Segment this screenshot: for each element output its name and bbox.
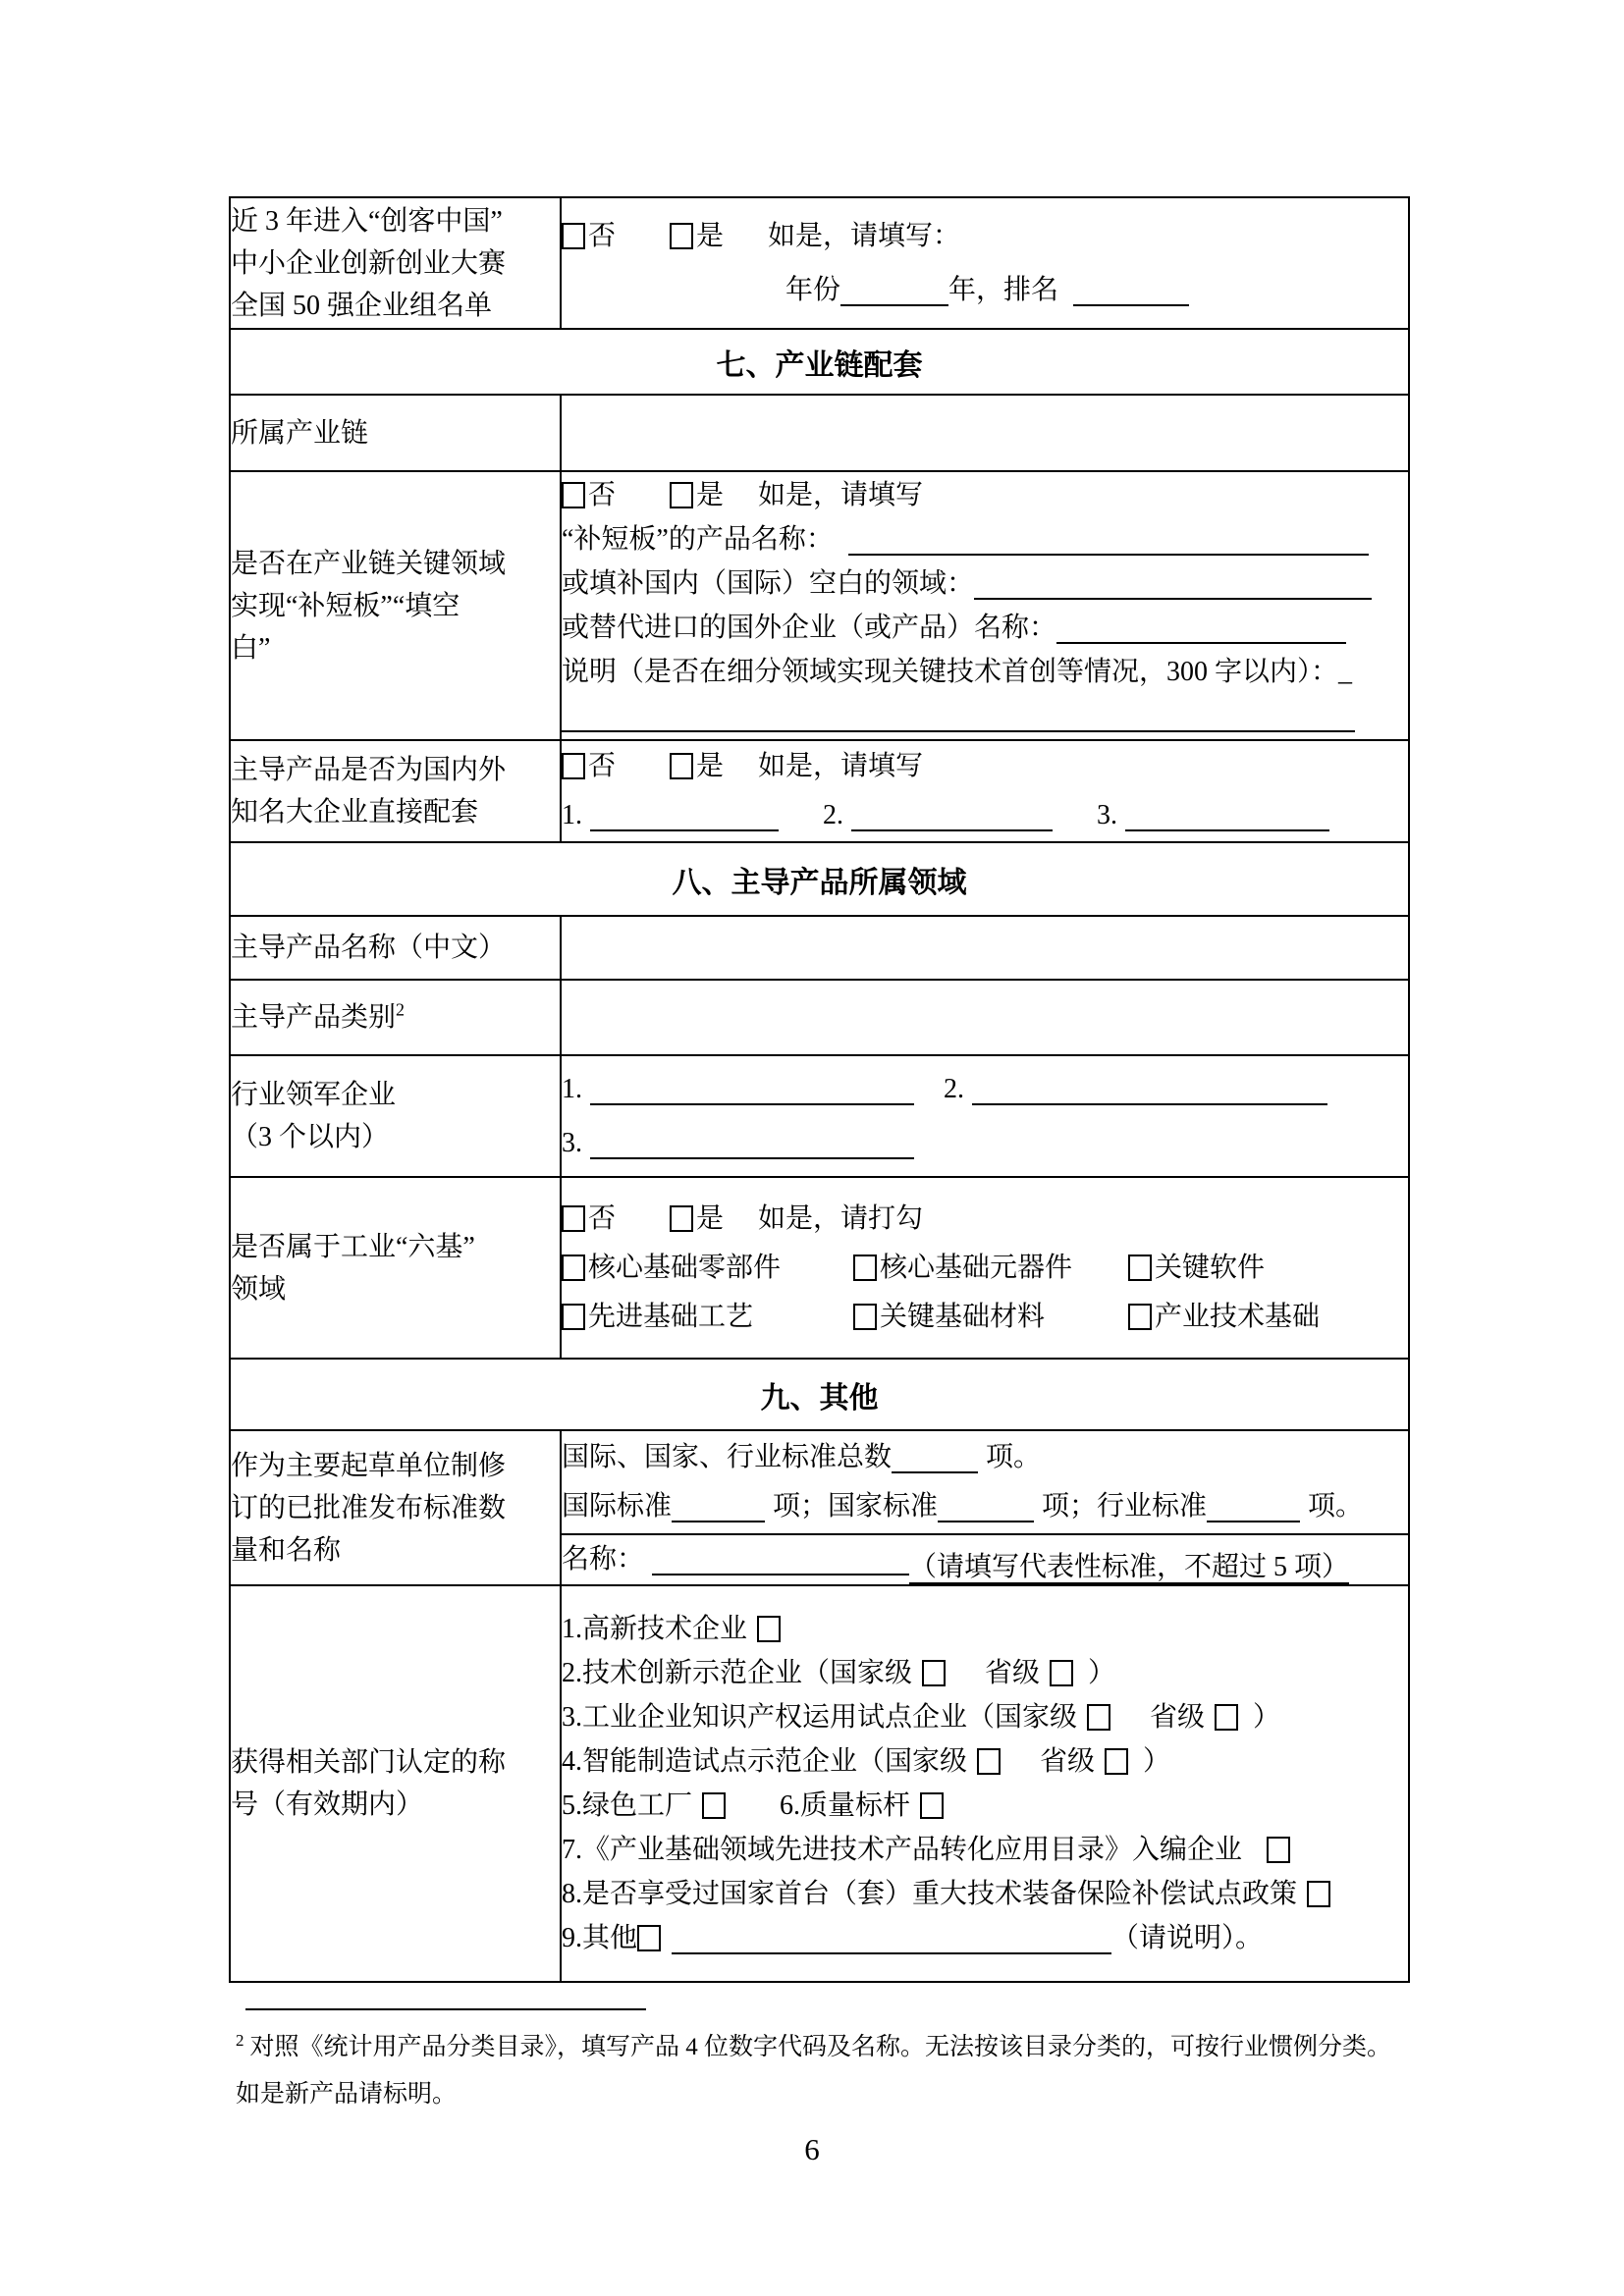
province-label: 省级 xyxy=(1150,1702,1205,1733)
leader-blank-3[interactable] xyxy=(590,1128,914,1159)
explain-label: 说明（是否在细分领域实现关键技术首创等情况，300 字以内）：_ xyxy=(562,657,1352,687)
yes-label: 是 xyxy=(696,221,724,251)
maker-rank-blank[interactable] xyxy=(1073,275,1189,306)
footnote: 2对照《统计用产品分类目录》，填写产品 4 位数字代码及名称。无法按该目录分类的… xyxy=(236,2024,1414,2118)
row-direct-support: 主导产品是否为国内外 知名大企业直接配套 否是如是，请填写 1.2.3. xyxy=(230,740,1409,842)
six-base-value-cell: 否是如是，请打勾 核心基础零部件核心基础元器件关键软件 先进基础工艺关键基础材料… xyxy=(561,1177,1409,1359)
standards-name-blank[interactable] xyxy=(652,1544,909,1575)
row-standards-counts: 作为主要起草单位制修 订的已批准发布标准数 量和名称 国际、国家、行业标准总数项… xyxy=(230,1430,1409,1534)
quality-benchmark-checkbox[interactable] xyxy=(920,1792,944,1819)
label-line: 主导产品是否为国内外 xyxy=(231,749,560,791)
fill-domestic-blank[interactable] xyxy=(974,568,1372,600)
yes-label: 是 xyxy=(696,480,724,510)
label-line: 知名大企业直接配套 xyxy=(231,791,560,833)
six-base-label: 是否属于工业“六基” 领域 xyxy=(230,1177,561,1359)
natl-standard-blank[interactable] xyxy=(938,1491,1034,1522)
title-item-label: 7.《产业基础领域先进技术产品转化应用目录》入编企业 xyxy=(562,1835,1242,1865)
label-line: 号（有效期内） xyxy=(231,1784,560,1826)
sixbase-item-checkbox[interactable] xyxy=(853,1304,877,1330)
explain-blank[interactable] xyxy=(562,701,1355,732)
support-yes-checkbox[interactable] xyxy=(670,753,693,779)
label-line: （3 个以内） xyxy=(231,1116,560,1158)
honorary-titles-label: 获得相关部门认定的称 号（有效期内） xyxy=(230,1585,561,1982)
hightech-checkbox[interactable] xyxy=(757,1616,781,1642)
sixbase-item-checkbox[interactable] xyxy=(853,1255,877,1281)
row-industry-leaders: 行业领军企业 （3 个以内） 1.2. 3. xyxy=(230,1055,1409,1177)
shortboard-product-label: “补短板”的产品名称： xyxy=(562,524,834,555)
section-8-header-row: 八、主导产品所属领域 xyxy=(230,842,1409,916)
section-9-header-row: 九、其他 xyxy=(230,1359,1409,1430)
unit-label: 项。 xyxy=(1308,1491,1363,1522)
no-label: 否 xyxy=(588,221,616,251)
province-label: 省级 xyxy=(985,1658,1040,1688)
replace-import-blank[interactable] xyxy=(1056,613,1346,644)
unit-label: 项。 xyxy=(986,1442,1041,1472)
sixbase-item-checkbox[interactable] xyxy=(562,1304,585,1330)
label-line: 近 3 年进入“创客中国” xyxy=(231,200,560,242)
standards-name-note: （请填写代表性标准，不超过 5 项） xyxy=(909,1553,1349,1584)
product-category-input-cell[interactable] xyxy=(561,980,1409,1055)
sixbase-yes-checkbox[interactable] xyxy=(670,1205,693,1232)
standards-total-blank[interactable] xyxy=(892,1442,978,1473)
tech-demo-national-checkbox[interactable] xyxy=(922,1660,946,1686)
label-line: 订的已批准发布标准数 xyxy=(231,1487,560,1529)
row-honorary-titles: 获得相关部门认定的称 号（有效期内） 1.高新技术企业 2.技术创新示范企业（国… xyxy=(230,1585,1409,1982)
row-product-category: 主导产品类别2 xyxy=(230,980,1409,1055)
title-item-label: 2.技术创新示范企业（国家级 xyxy=(562,1658,912,1688)
standards-name-label: 名称： xyxy=(562,1544,644,1575)
footnote-ref-2: 2 xyxy=(396,1000,405,1020)
leader-blank-1[interactable] xyxy=(590,1074,914,1105)
direct-support-value-cell: 否是如是，请填写 1.2.3. xyxy=(561,740,1409,842)
year-label: 年份 xyxy=(785,275,840,305)
tick-prompt: 如是，请打勾 xyxy=(758,1203,923,1234)
intl-standard-label: 国际标准 xyxy=(562,1491,672,1522)
sixbase-item-checkbox[interactable] xyxy=(1128,1304,1152,1330)
section-8-title: 八、主导产品所属领域 xyxy=(230,842,1409,916)
leader-blank-2[interactable] xyxy=(972,1074,1327,1105)
footnote-text: 对照《统计用产品分类目录》，填写产品 4 位数字代码及名称。无法按该目录分类的，… xyxy=(236,2034,1391,2108)
title-item-label: 1.高新技术企业 xyxy=(562,1614,747,1644)
industry-leaders-label: 行业领军企业 （3 个以内） xyxy=(230,1055,561,1177)
row-industry-chain: 所属产业链 xyxy=(230,395,1409,471)
item-number: 1. xyxy=(562,1074,582,1104)
maker-yes-checkbox[interactable] xyxy=(670,223,693,249)
paren-close: ） xyxy=(1088,1658,1115,1688)
item-number: 3. xyxy=(1097,800,1117,830)
industry-leaders-value-cell: 1.2. 3. xyxy=(561,1055,1409,1177)
label-line: 量和名称 xyxy=(231,1529,560,1572)
ip-pilot-national-checkbox[interactable] xyxy=(1087,1704,1110,1731)
other-title-checkbox[interactable] xyxy=(637,1925,661,1951)
smart-mfg-provincial-checkbox[interactable] xyxy=(1105,1748,1128,1775)
title-item-label: 9.其他 xyxy=(562,1923,637,1953)
paren-close: ） xyxy=(1143,1746,1170,1777)
no-label: 否 xyxy=(588,480,616,510)
title-item-label: 6.质量标杆 xyxy=(780,1790,910,1821)
sixbase-no-checkbox[interactable] xyxy=(562,1205,585,1232)
row-maker-china: 近 3 年进入“创客中国” 中小企业创新创业大赛 全国 50 强企业组名单 否是… xyxy=(230,197,1409,329)
sixbase-item-label: 核心基础元器件 xyxy=(880,1253,1072,1283)
sixbase-item-checkbox[interactable] xyxy=(1128,1255,1152,1281)
fill-prompt: 如是，请填写 xyxy=(758,480,923,510)
title-item-label: 3.工业企业知识产权运用试点企业（国家级 xyxy=(562,1702,1077,1733)
sixbase-item-label: 关键软件 xyxy=(1155,1253,1265,1283)
label-line: 中小企业创新创业大赛 xyxy=(231,242,560,285)
fill-prompt: 如是，请填写 xyxy=(758,751,923,781)
support-blank-2[interactable] xyxy=(851,800,1053,831)
yes-label: 是 xyxy=(696,1203,724,1234)
standards-label: 作为主要起草单位制修 订的已批准发布标准数 量和名称 xyxy=(230,1430,561,1585)
industry-chain-label: 所属产业链 xyxy=(230,395,561,471)
sixbase-item-label: 关键基础材料 xyxy=(880,1302,1045,1332)
standards-total-label: 国际、国家、行业标准总数 xyxy=(562,1442,892,1472)
title-item-label: 5.绿色工厂 xyxy=(562,1790,692,1821)
no-label: 否 xyxy=(588,1203,616,1234)
support-blank-3[interactable] xyxy=(1125,800,1329,831)
footnote-marker: 2 xyxy=(236,2031,244,2050)
support-blank-1[interactable] xyxy=(590,800,779,831)
fill-prompt: 如是，请填写： xyxy=(768,221,960,251)
title-item-label: 4.智能制造试点示范企业（国家级 xyxy=(562,1746,967,1777)
maker-china-label: 近 3 年进入“创客中国” 中小企业创新创业大赛 全国 50 强企业组名单 xyxy=(230,197,561,329)
maker-china-value-cell: 否是如是，请填写： 年份年，排名 xyxy=(561,197,1409,329)
label-line: 作为主要起草单位制修 xyxy=(231,1445,560,1487)
sixbase-item-checkbox[interactable] xyxy=(562,1255,585,1281)
maker-year-blank[interactable] xyxy=(840,275,948,306)
natl-standard-label: 项；国家标准 xyxy=(773,1491,938,1522)
item-number: 2. xyxy=(944,1074,964,1104)
other-title-blank[interactable] xyxy=(672,1923,1111,1954)
ind-standard-label: 项；行业标准 xyxy=(1042,1491,1207,1522)
green-factory-checkbox[interactable] xyxy=(702,1792,726,1819)
support-no-checkbox[interactable] xyxy=(562,753,585,779)
row-six-base: 是否属于工业“六基” 领域 否是如是，请打勾 核心基础零部件核心基础元器件关键软… xyxy=(230,1177,1409,1359)
paren-close: ） xyxy=(1253,1702,1280,1733)
product-name-label: 主导产品名称（中文） xyxy=(230,916,561,980)
honorary-titles-value-cell: 1.高新技术企业 2.技术创新示范企业（国家级省级） 3.工业企业知识产权运用试… xyxy=(561,1585,1409,1982)
replace-import-label: 或替代进口的国外企业（或产品）名称： xyxy=(562,613,1056,643)
label-line: 全国 50 强企业组名单 xyxy=(231,285,560,327)
shortboard-no-checkbox[interactable] xyxy=(562,482,585,508)
shortboard-yes-checkbox[interactable] xyxy=(670,482,693,508)
page-number: 6 xyxy=(0,2132,1624,2167)
section-7-title: 七、产业链配套 xyxy=(230,329,1409,395)
row-product-name: 主导产品名称（中文） xyxy=(230,916,1409,980)
fill-domestic-label: 或填补国内（国际）空白的领域： xyxy=(562,568,974,599)
catalog-listed-checkbox[interactable] xyxy=(1267,1837,1290,1863)
shortboard-value-cell: 否是如是，请填写 “补短板”的产品名称： 或填补国内（国际）空白的领域： 或替代… xyxy=(561,471,1409,740)
standards-counts-cell: 国际、国家、行业标准总数项。 国际标准项；国家标准项；行业标准项。 xyxy=(561,1430,1409,1534)
label-line: 获得相关部门认定的称 xyxy=(231,1741,560,1784)
province-label: 省级 xyxy=(1040,1746,1095,1777)
sixbase-item-label: 核心基础零部件 xyxy=(588,1253,781,1283)
sixbase-item-label: 产业技术基础 xyxy=(1155,1302,1320,1332)
label-line: 行业领军企业 xyxy=(231,1074,560,1116)
yes-label: 是 xyxy=(696,751,724,781)
standards-names-cell: 名称：（请填写代表性标准，不超过 5 项） xyxy=(561,1534,1409,1585)
direct-support-label: 主导产品是否为国内外 知名大企业直接配套 xyxy=(230,740,561,842)
please-explain-label: （请说明）。 xyxy=(1111,1923,1263,1953)
maker-no-checkbox[interactable] xyxy=(562,223,585,249)
document-page: 近 3 年进入“创客中国” 中小企业创新创业大赛 全国 50 强企业组名单 否是… xyxy=(0,0,1624,2296)
major-equipment-policy-checkbox[interactable] xyxy=(1307,1881,1330,1907)
smart-mfg-national-checkbox[interactable] xyxy=(977,1748,1001,1775)
rank-label: 年，排名 xyxy=(948,275,1058,305)
item-number: 1. xyxy=(562,800,582,830)
label-line: 领域 xyxy=(231,1268,560,1310)
label-line: 白” xyxy=(231,627,560,669)
title-item-label: 8.是否享受过国家首台（套）重大技术装备保险补偿试点政策 xyxy=(562,1879,1297,1909)
tech-demo-provincial-checkbox[interactable] xyxy=(1050,1660,1073,1686)
item-number: 3. xyxy=(562,1128,582,1158)
section-9-title: 九、其他 xyxy=(230,1359,1409,1430)
label-line: 实现“补短板”“填空 xyxy=(231,585,560,627)
application-form-table: 近 3 年进入“创客中国” 中小企业创新创业大赛 全国 50 强企业组名单 否是… xyxy=(229,196,1410,1983)
product-name-input-cell[interactable] xyxy=(561,916,1409,980)
intl-standard-blank[interactable] xyxy=(672,1491,765,1522)
no-label: 否 xyxy=(588,751,616,781)
row-shortboard: 是否在产业链关键领域 实现“补短板”“填空 白” 否是如是，请填写 “补短板”的… xyxy=(230,471,1409,740)
ind-standard-blank[interactable] xyxy=(1207,1491,1300,1522)
section-7-header-row: 七、产业链配套 xyxy=(230,329,1409,395)
sixbase-item-label: 先进基础工艺 xyxy=(588,1302,753,1332)
item-number: 2. xyxy=(823,800,843,830)
shortboard-product-blank[interactable] xyxy=(848,524,1369,556)
footnote-separator xyxy=(245,2008,646,2010)
label-line: 是否在产业链关键领域 xyxy=(231,543,560,585)
shortboard-label: 是否在产业链关键领域 实现“补短板”“填空 白” xyxy=(230,471,561,740)
label-line: 是否属于工业“六基” xyxy=(231,1226,560,1268)
product-category-label: 主导产品类别2 xyxy=(230,980,561,1055)
ip-pilot-provincial-checkbox[interactable] xyxy=(1215,1704,1238,1731)
industry-chain-input-cell[interactable] xyxy=(561,395,1409,471)
